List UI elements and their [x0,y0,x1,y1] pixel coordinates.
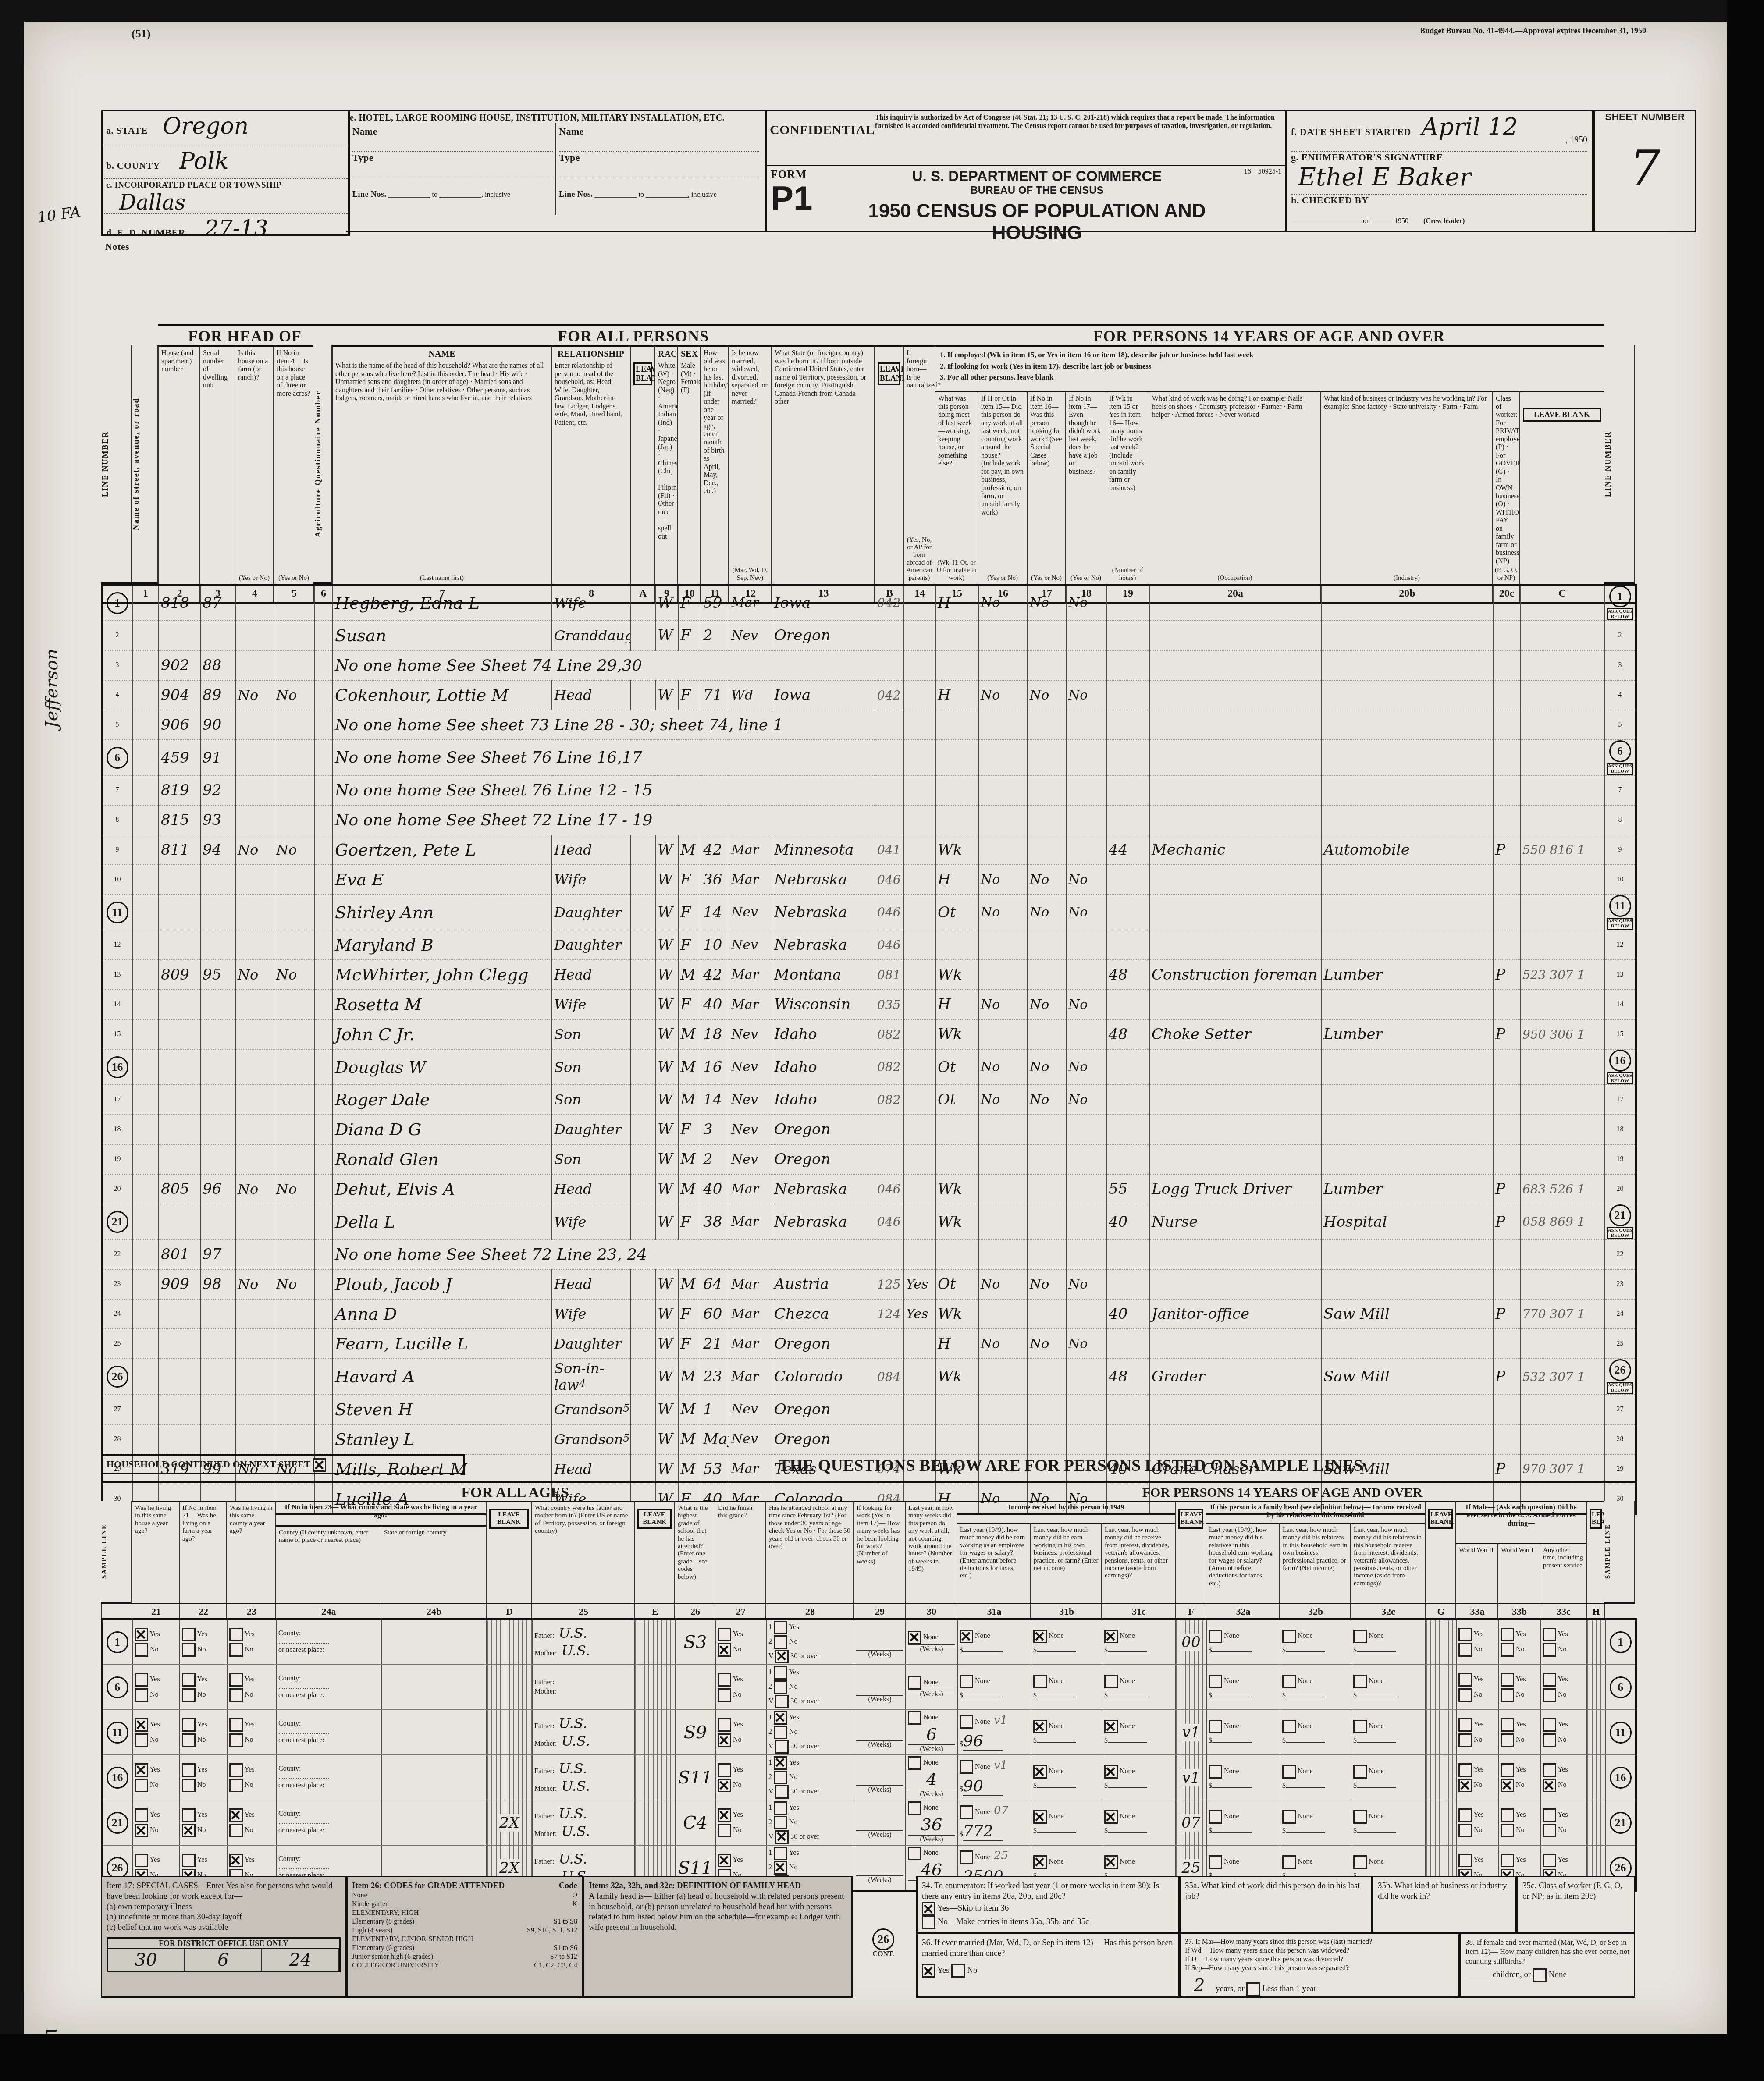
item35a-box: 35a. What kind of work did this person d… [1179,1876,1372,1933]
marital-status: Mar [731,1277,759,1292]
person-row-line-8: 881593No one home See Sheet 72 Line 17 -… [102,805,1636,835]
person-row-line-6: 645991No one home See Sheet 76 Line 16,1… [102,740,1636,775]
farm-answer [235,1144,274,1174]
option-line: No [1501,1643,1538,1657]
amount-underline [1212,1832,1252,1833]
option-prefix: 2 [768,1818,774,1826]
state-year-ago [381,1800,487,1845]
checkbox [951,1964,965,1978]
naturalized [904,1239,935,1269]
sample-col-number: 31b [1030,1604,1102,1619]
col-question: What is the name of the head of this hou… [335,362,548,403]
worked-at-all [978,960,1028,990]
col-header-13: What State (or foreign country) was he b… [771,345,874,584]
marital-status: Nev [731,1092,758,1108]
amount-underline [1212,1697,1252,1697]
grade-label: ELEMENTARY, JUNIOR-SENIOR HIGH [352,1935,577,1944]
line-number-cell: 20 [1604,1174,1636,1204]
sex: F [678,865,701,895]
col-header-A: LEAVE BLANK [630,345,654,584]
farm-answer [235,1204,274,1239]
age: 18 [701,1019,729,1049]
option-line: No [1458,1733,1496,1747]
person-row-line-1: 181887Hegberg, Edna LWifeWF59MarIowa042H… [102,585,1636,621]
edit-tick: 07 [990,1804,1008,1817]
acres-answer: No [276,1181,297,1197]
house-number: 902 [159,650,200,680]
checkbox [1353,1765,1367,1779]
dotted-line: ............................. [278,1638,379,1646]
col-header-11: How old was he on his last birthday? (If… [700,345,728,584]
has-job [1066,835,1106,865]
leave-blank-a [631,1204,655,1239]
birthplace: Oregon [772,1329,875,1359]
street-cell [132,1239,159,1269]
option-line: Yes [229,1763,274,1777]
relationship-cell: Head [552,1174,631,1204]
sex: M [680,966,696,984]
enumerator-signature: Ethel E Baker [1298,163,1471,192]
parent-line: Father: U.S. [534,1851,633,1868]
option-label: No [1472,1826,1483,1834]
item38-box: 38. If female and ever married (Mar, Wd,… [1460,1933,1635,1998]
option-line: Yes [718,1718,764,1732]
item34-yes: Yes—Skip to item 36 [922,1902,1174,1915]
activity-last-week [935,710,978,740]
acres-answer: No [274,960,314,990]
amount-line: $ [1033,1827,1100,1835]
none-label: None [1222,1813,1239,1820]
form-code: P1 [771,181,845,215]
race: W [655,1174,678,1204]
class-of-worker [1493,650,1520,680]
amount-value: 96 [963,1732,983,1750]
house-number: 909 [161,1275,189,1293]
naturalized [904,710,935,740]
checkbox [182,1718,196,1732]
grade-code-line: COLLEGE OR UNIVERSITYC1, C2, C3, C4 [352,1961,577,1970]
race: W [658,686,673,704]
street-cell [132,710,159,740]
dollar-sign: $ [1033,1647,1037,1654]
amount-underline [1108,1651,1147,1652]
industry: Hospital [1323,1213,1387,1231]
birthplace: Minnesota [774,841,854,859]
worked-at-all: No [981,1092,1000,1108]
race: W [658,1275,673,1293]
hours-worked [1106,1144,1149,1174]
age: 2 [703,1151,713,1168]
checkbox [1543,1628,1556,1641]
serial-number: 88 [203,657,221,674]
col-question: Last year, how much money did he receive… [1105,1527,1172,1580]
option-line: Yes [718,1763,764,1777]
option-label: Yes [243,1721,255,1728]
sample-col-number [1604,1604,1636,1619]
weeks-label: (Weeks) [856,1695,903,1704]
has-job: No [1068,1092,1088,1108]
ask-ques-below-tag: ASK QUES BELOW [1607,1382,1633,1394]
hours-worked [1106,930,1149,960]
county-label: County: [278,1720,379,1728]
line-nos-label-2: Line Nos. [559,190,593,199]
age: 14 [703,904,722,921]
race: W [658,627,673,644]
sample-line-circle: 16 [107,1767,128,1789]
amount-value: 772 [963,1822,993,1840]
none-label: None [921,1634,939,1641]
birthplace: Oregon [772,621,875,650]
option-prefix: 1 [768,1669,774,1676]
looking-for-work [1028,960,1066,990]
line-number-cell: 5 [1604,710,1636,740]
person-row-line-11: 11Shirley AnnDaughterWF14NevNebraska046O… [102,895,1636,930]
amount-underline: 772 [963,1822,1003,1841]
person-name: Maryland B [333,930,552,960]
race: W [658,1431,673,1448]
amount-line: $ [1104,1737,1174,1745]
none-label: None [1047,1813,1064,1820]
sex: F [680,1213,691,1231]
dept-title: U. S. DEPARTMENT OF COMMERCE [845,168,1229,185]
serial-number: 92 [203,781,221,799]
option-line: No [1458,1643,1496,1657]
sex: F [680,904,691,921]
amount-line: $ [1282,1692,1349,1700]
checkbox-checked [1501,1779,1514,1792]
date-value: April 12 [1422,113,1518,141]
option-line: Yes [182,1628,225,1641]
option-line: Yes [1543,1628,1585,1641]
house-number: 815 [159,805,200,835]
amount-line: $ [1353,1737,1423,1745]
industry [1321,775,1493,805]
checkbox [1353,1630,1367,1643]
grade-label: Elementary (6 grades) [352,1944,554,1953]
age: 2 [701,1144,729,1174]
checkbox [1033,1675,1047,1688]
place-label: c. INCORPORATED PLACE OR TOWNSHIP [106,181,281,190]
amount-underline [1286,1787,1325,1788]
none-label: None [973,1677,990,1685]
line-number-cell: 7 [102,775,132,805]
checkbox [1543,1854,1556,1867]
option-line: Yes [229,1718,274,1732]
checkbox [1458,1763,1472,1777]
birthplace: Idaho [772,1085,875,1115]
banner-head-of-household: FOR HEAD OF HOUSEHOLD [158,324,332,346]
activity-last-week: H [938,996,951,1013]
birthplace: Minnesota [772,835,875,865]
activity-last-week: Ot [938,1091,956,1108]
dollar-sign: $ [960,1692,963,1699]
sheet-number-box: SHEET NUMBER 7 [1593,110,1696,232]
agri-questionnaire-cell [314,835,333,865]
line-number: 3 [1618,661,1622,669]
serial-number [200,930,235,960]
race: W [655,1329,678,1359]
living-same-county: Yes No [227,1710,276,1755]
activity-last-week: Wk [935,1299,978,1329]
naturalized [904,1174,935,1204]
relationship-cell: Son [552,1019,631,1049]
amount-underline [1037,1832,1076,1833]
occupation [1149,1144,1321,1174]
worked-at-all: No [978,1329,1028,1359]
relationship: Son [554,1091,581,1108]
looking-for-work [1028,1174,1066,1204]
dotted-line: ............................. [278,1864,379,1872]
code-c [1520,710,1604,740]
dollar-sign: $ [1353,1692,1357,1699]
occupation: Nurse [1149,1204,1321,1239]
checkbox [1353,1675,1367,1688]
leave-blank-f: 00 [1176,1619,1206,1665]
code-value: 25 [1180,1859,1202,1877]
acres-answer [274,650,314,680]
relationship: Daughter [554,1121,622,1138]
class-of-worker [1493,710,1520,740]
code-value: v1 [1181,1769,1202,1786]
leave-blank-d [487,1755,532,1800]
person-name: Roger Dale [333,1085,552,1115]
sex: M [678,1019,701,1049]
birthplace: Austria [772,1269,875,1299]
line-number-cell: 18 [102,1115,132,1144]
leave-blank-h [1587,1800,1605,1845]
sample-col-number: 29 [853,1604,906,1619]
year2: 1950 [1394,217,1408,225]
relationship: Son [554,1026,581,1043]
family-head-definition-box: Items 32a, 32b, and 32c: DEFINITION OF F… [583,1876,853,1998]
sample-line-cell-right: 21 [1605,1800,1636,1845]
district-office-values: 30624 [108,1949,339,1971]
col-head-title: RACE [658,349,675,359]
person-name: Diana D G [333,1115,552,1144]
marital-status: Mar [731,1214,759,1229]
farm-answer: No [235,1269,274,1299]
person-name: Anna D [335,1304,397,1324]
race: W [655,1019,678,1049]
checkbox [1501,1628,1514,1641]
hours-worked: 48 [1106,1019,1149,1049]
checkbox [1501,1688,1514,1702]
grade-label: Junior-senior high (6 grades) [352,1953,550,1961]
attended-school: 1 Yes2 NoV 30 or over [766,1710,854,1755]
hours-worked [1106,865,1149,895]
option-label: No [1472,1646,1483,1653]
parent-line: Father: U.S. [534,1715,633,1732]
col-question: If Wk in item 15 or Yes in item 16— How … [1109,395,1146,493]
line-number: 18 [114,1126,121,1133]
line-number-cell: 9 [102,835,132,865]
sex: M [678,1395,701,1424]
age: 21 [703,1335,722,1353]
sex: M [678,960,701,990]
cont-label: CONT. [859,1950,907,1958]
occupation [1149,1115,1321,1144]
sample-col-number: 27 [715,1604,766,1619]
person-name: Susan [333,621,552,650]
naturalized [904,960,935,990]
hotel-type-label-2: Type [559,152,759,178]
race: W [655,1359,678,1394]
worked-at-all: No [981,1336,1000,1352]
house-number: 801 [159,1239,200,1269]
option-label: Yes [243,1766,255,1773]
race: W [658,1213,673,1231]
none-line: None [1209,1855,1278,1869]
dollar-sign: $ [1209,1827,1212,1835]
dollar-sign: $ [960,1786,963,1793]
col-header-3: Serial number of dwelling unit [199,345,235,584]
option-prefix: 1 [768,1804,774,1811]
acres-answer [274,1239,314,1269]
grade-code-line: KindergartenK [352,1900,577,1909]
relationship: Grandson [554,1401,623,1418]
group-title-q24: If No in item 23— What county and State … [275,1501,486,1525]
acres-answer [274,990,314,1019]
leave-blank-e [635,1755,675,1800]
serial-number: 91 [200,740,235,775]
age: 2 [703,627,713,644]
checkbox [1246,1982,1260,1996]
has-job [1066,650,1106,680]
acres-answer [274,805,314,835]
marital-status: Mar [729,1359,772,1394]
none-line: None [1282,1675,1349,1688]
option-line: No [229,1824,274,1837]
option-line: No [718,1779,764,1792]
class-of-worker [1493,990,1520,1019]
sex: M [678,1269,701,1299]
option-line: Yes [135,1808,178,1822]
relatives-business-income: None$ [1280,1800,1351,1845]
looking-for-work [1028,1299,1066,1329]
relationship: Head [554,842,592,858]
no-one-home-note: No one home See Sheet 72 Line 23, 24 [333,1239,904,1269]
sample-col-header-24a: County (If county unknown, enter name of… [275,1525,381,1603]
col-question: If foreign born— Is he naturalized? [907,349,932,390]
dollar-sign: $ [1282,1692,1286,1699]
none-line: None [1209,1630,1278,1643]
sex: F [678,990,701,1019]
sex: F [680,1305,691,1323]
weeks-worked: None4(Weeks) [906,1755,957,1800]
activity-last-week: Wk [935,1174,978,1204]
age: 1 [701,1395,729,1424]
code-value: 07 [1180,1814,1202,1832]
grade-code-line: NoneO [352,1891,577,1900]
farm-answer [235,585,274,621]
col-header-20a: What kind of work was he doing? For exam… [1149,391,1320,584]
hours-worked: 44 [1109,841,1127,859]
grade-value: S11 [678,1768,712,1788]
occupation [1149,805,1321,835]
option-line: Yes [718,1628,764,1641]
checkbox-checked [135,1763,148,1777]
amount-line: $ [1209,1647,1278,1655]
serial-number: 98 [203,1275,221,1293]
agri-questionnaire-cell [314,1174,333,1204]
hours-worked: 48 [1109,966,1127,984]
option-line: No [135,1824,178,1837]
district-office-title: FOR DISTRICT OFFICE USE ONLY [108,1939,339,1950]
option-line: No [1543,1688,1585,1702]
father-country: U.S. [554,1625,587,1641]
looking-for-work: No [1028,865,1066,895]
activity-last-week: Ot [938,904,956,921]
paper: (51) Budget Bureau No. 41-4944.—Approval… [24,22,1727,2034]
leave-blank-a [631,1424,655,1454]
person-name: Eva E [333,865,552,895]
activity-last-week: H [935,1329,978,1359]
amount-underline [1286,1697,1325,1697]
serial-number: 89 [203,686,221,704]
code-c [1520,740,1604,775]
industry: Hospital [1321,1204,1493,1239]
looking-for-work: No [1030,1059,1049,1075]
checkbox [908,1847,921,1860]
has-job: No [1068,872,1088,888]
option-line: Yes [1501,1763,1538,1777]
weeks-value: 36 [908,1815,955,1835]
code-b: 035 [877,998,900,1012]
code-c: 058 869 1 [1522,1215,1585,1229]
option-label: Yes [243,1630,255,1638]
relationship: Wife [554,595,586,611]
checkbox-checked [775,1830,789,1844]
option-line: No [1543,1779,1585,1792]
street-cell [132,960,159,990]
code-c [1520,1239,1604,1269]
age: 42 [703,966,722,984]
worked-at-all: No [981,688,1000,703]
agri-questionnaire-cell [314,650,333,680]
occupation [1149,680,1321,710]
class-of-worker [1493,1049,1520,1085]
sex: M [680,1180,696,1198]
occupation: Choke Setter [1149,1019,1321,1049]
parent-label: Father: [534,1858,554,1865]
col-question: If H or Ot in item 15— Did this person d… [981,395,1024,517]
acres-answer [274,740,314,775]
worked-at-all: No [978,585,1028,621]
checkbox-checked [960,1630,973,1643]
sample-col-header-E: LEAVE BLANK [634,1501,674,1603]
living-same-county: Yes No [227,1755,276,1800]
person-name: Havard A [335,1367,415,1386]
agri-questionnaire-cell [314,1329,333,1359]
col-question: If No in item 21— Was he living on a far… [182,1505,224,1543]
edit-tick: v1 [990,1759,1008,1772]
line-number: 14 [1617,1001,1624,1008]
line-number: 17 [1617,1096,1624,1103]
sex: M [680,1275,696,1293]
col-header-4: Is this house on a farm (or ranch)?(Yes … [235,345,273,584]
option-label: Yes [787,1623,799,1631]
activity-last-week [935,1424,978,1454]
farm-answer: No [235,835,274,865]
has-job: No [1066,585,1106,621]
leave-blank-h [1587,1619,1605,1665]
dollar-sign: $ [960,1831,963,1838]
checkbox [774,1847,787,1860]
business-income: None$ [1031,1800,1102,1845]
house-number: 904 [161,686,189,704]
marital-status: Nev [729,1395,772,1424]
item37-value: 2 [1185,1975,1213,1996]
